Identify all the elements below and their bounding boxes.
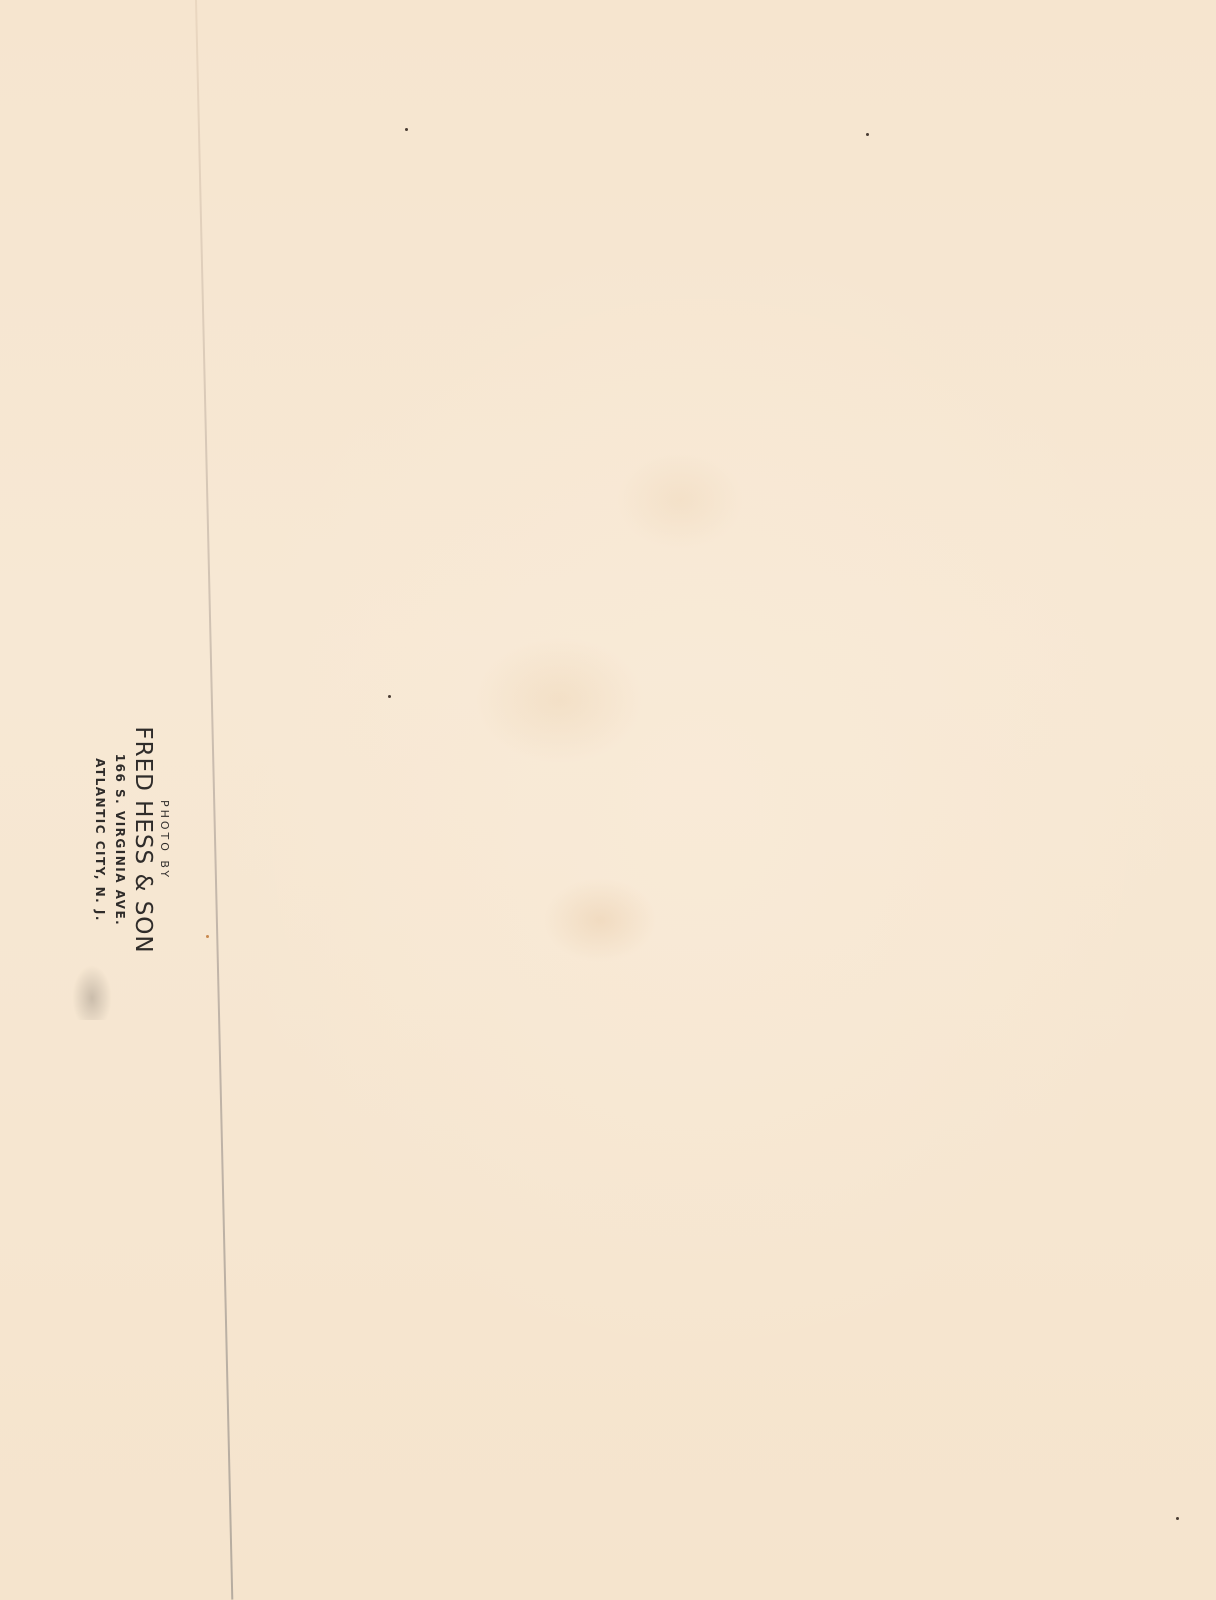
photo-back-page: PHOTO BY FRED HESS & SON 166 S. VIRGINIA… bbox=[0, 0, 1216, 1600]
paper-speck bbox=[1176, 1517, 1179, 1520]
stamp-photo-by: PHOTO BY bbox=[156, 640, 172, 1040]
stamp-street-address: 166 S. VIRGINIA AVE. bbox=[110, 640, 130, 1040]
paper-speck bbox=[866, 133, 869, 136]
paper-speck bbox=[388, 695, 391, 698]
fold-line bbox=[195, 0, 233, 1600]
stamp-studio-name: FRED HESS & SON bbox=[130, 640, 156, 1040]
paper-speck bbox=[206, 935, 209, 938]
paper-speck bbox=[405, 128, 408, 131]
ink-smudge bbox=[72, 965, 112, 1020]
